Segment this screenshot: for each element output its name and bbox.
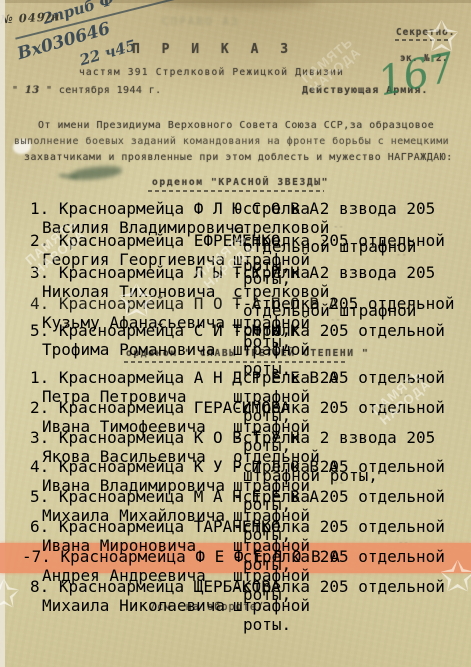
date-rest: " сентября 1944 г.	[40, 85, 162, 96]
classification-underline	[395, 39, 450, 41]
date-line: " 13 " сентября 1944 г.	[12, 85, 162, 96]
date-day-handwritten: 13	[25, 85, 40, 96]
ink-smudge	[70, 165, 123, 181]
scanned-order-document: Секретно. эк. № 2. 2приб Ф Вх030646 22 ч…	[0, 0, 471, 667]
section-heading-red-star: орденом "КРАСНОЙ ЗВЕЗДЫ"	[152, 177, 329, 188]
preamble-line: захватчиками и проявленные при этом добл…	[24, 152, 453, 163]
heading-underline	[148, 190, 324, 192]
entry-role: -стрелка 205 отдельной штрафной	[233, 577, 471, 615]
date-quote-open: "	[12, 85, 25, 96]
document-title: П Р И К А З	[0, 44, 449, 55]
preamble-line: выполнение боевых заданий командования н…	[14, 136, 449, 147]
preamble-line: От имени Президиума Верховного Совета Со…	[38, 120, 434, 131]
entry-role: -стрелка 205 отдельной штрафной	[233, 321, 471, 359]
entry-role: роты.	[243, 615, 471, 634]
bleedthrough-text: СПРАВО АЗ	[162, 15, 240, 28]
classification-label: Секретно.	[396, 27, 455, 38]
